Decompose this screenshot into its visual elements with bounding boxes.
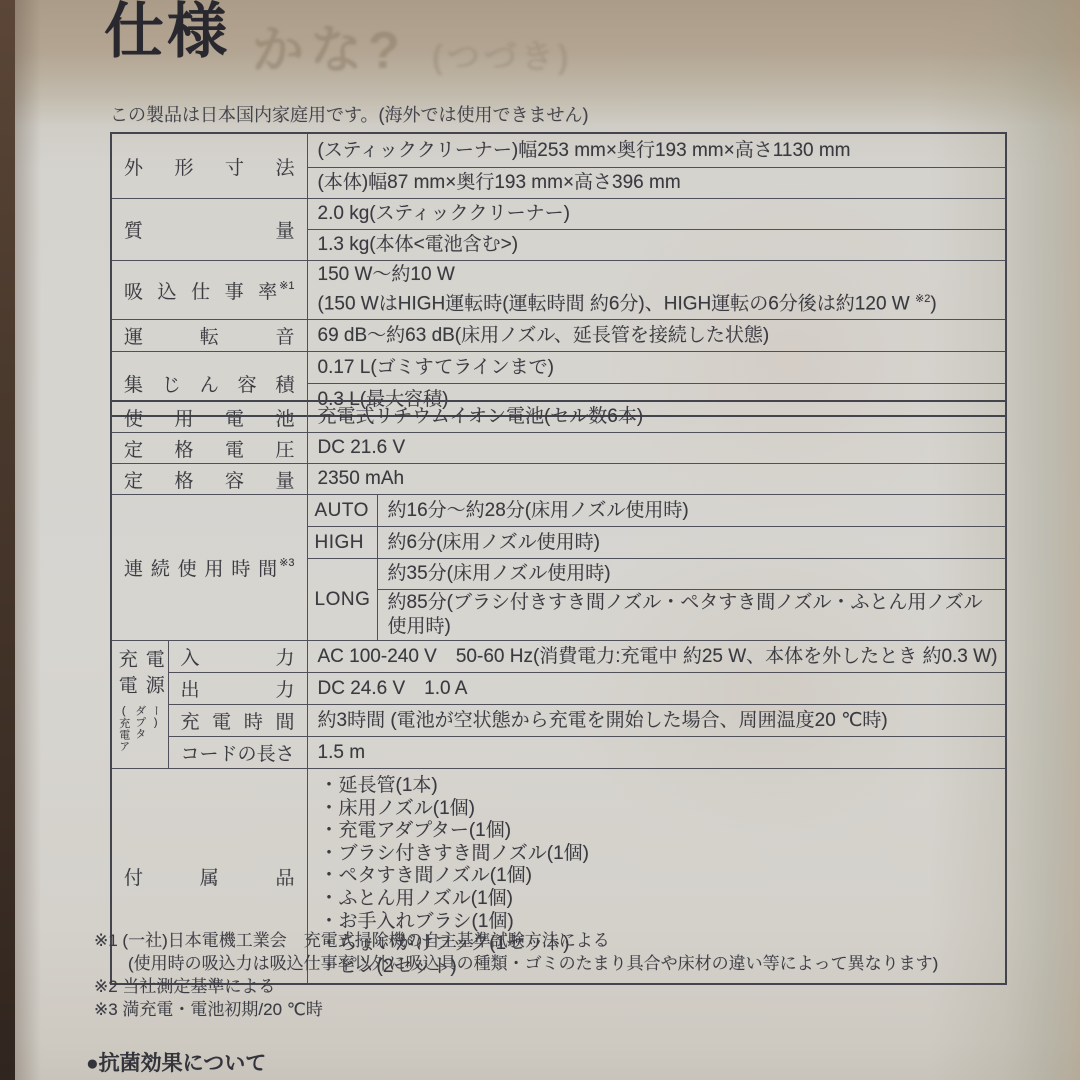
charging-group-label: 充電電源 xyxy=(113,649,167,704)
spec-row-noise: 運転音 69 dB〜約63 dB(床用ノズル、延長管を接続した状態) xyxy=(111,320,1006,352)
spec-value-mass-body: 1.3 kg(本体<電池含む>) xyxy=(307,230,1006,261)
list-item: 床用ノズル(1個) xyxy=(324,798,1002,821)
spec-row-mass: 質量 2.0 kg(スティッククリーナー) xyxy=(111,199,1006,230)
spec-label-input: 入力 xyxy=(168,641,307,673)
spec-label-runtime: 連続使用時間 ※3 xyxy=(111,495,307,641)
spec-label-voltage: 定格電圧 xyxy=(111,433,307,464)
spec-label-capacity: 定格容量 xyxy=(111,464,307,495)
spec-value-capacity: 2350 mAh xyxy=(307,464,1006,495)
footnote-1b: (使用時の吸込力は吸込仕事率以外に吸込具の種類・ゴミのたまり具合や床材の違い等に… xyxy=(94,952,938,975)
spec-row-suction: 吸込仕事率 ※1 150 W〜約10 W (150 WはHIGH運転時(運転時間… xyxy=(111,261,1006,320)
runtime-mode-long: LONG xyxy=(307,559,377,641)
spec-value-cord-length: 1.5 m xyxy=(307,737,1006,769)
spec-value-mass-stick: 2.0 kg(スティッククリーナー) xyxy=(307,199,1006,230)
ghost-text: かな? xyxy=(252,8,406,83)
spec-value-dimensions-stick: (スティッククリーナー)幅253 mm×奥行193 mm×高さ1130 mm xyxy=(307,133,1006,168)
spec-table-lower: 使用電池 充電式リチウムイオン電池(セル数6本) 定格電圧 DC 21.6 V … xyxy=(110,400,1007,985)
spec-row-dust: 集じん容積 0.17 L(ゴミすてラインまで) xyxy=(111,352,1006,384)
spec-row-cord-length: コードの長さ 1.5 m xyxy=(111,737,1006,769)
spec-value-charge-time: 約3時間 (電池が空状態から充電を開始した場合、周囲温度20 ℃時) xyxy=(307,705,1006,737)
footnote-marker: ※1 xyxy=(279,279,294,292)
spec-label-charge-time: 充電時間 xyxy=(168,705,307,737)
spec-label-output: 出力 xyxy=(168,673,307,705)
list-item: 充電アダプター(1個) xyxy=(324,820,1002,843)
spec-row-battery: 使用電池 充電式リチウムイオン電池(セル数6本) xyxy=(111,401,1006,433)
page-edge-shadow xyxy=(0,0,15,1080)
section-heading-antibacterial: ●抗菌効果について xyxy=(86,1047,266,1077)
list-item: ペタすき間ノズル(1個) xyxy=(324,865,1002,888)
intro-note: この製品は日本国内家庭用です。(海外では使用できません) xyxy=(110,101,589,127)
page-title: 仕様 xyxy=(104,0,230,63)
manual-page-photo: 仕様 かな? (つづき) この製品は日本国内家庭用です。(海外では使用できません… xyxy=(0,0,1080,1080)
bleed-through-text: かな? (つづき) xyxy=(252,8,573,83)
spec-row-charging-input: 充電電源 (充電アダプター) 入力 AC 100-240 V 50-60 Hz(… xyxy=(111,641,1006,673)
spec-value-battery: 充電式リチウムイオン電池(セル数6本) xyxy=(307,401,1006,433)
spec-value-runtime-long1: 約35分(床用ノズル使用時) xyxy=(377,559,1006,590)
page-edge-shadow-soft xyxy=(15,0,41,1080)
spec-row-dimensions: 外形寸法 (スティッククリーナー)幅253 mm×奥行193 mm×高さ1130… xyxy=(111,133,1006,168)
spec-value-runtime-auto: 約16分〜約28分(床用ノズル使用時) xyxy=(377,495,1006,527)
list-item: ふとん用ノズル(1個) xyxy=(324,888,1002,911)
spec-label-mass: 質量 xyxy=(111,199,307,261)
spec-label-cord-length: コードの長さ xyxy=(168,737,307,769)
footnote-marker: ※3 xyxy=(279,556,294,569)
spec-label-charging-group: 充電電源 (充電アダプター) xyxy=(111,641,168,769)
footnote-2: ※2 当社測定基準による xyxy=(94,975,938,998)
spec-value-input: AC 100-240 V 50-60 Hz(消費電力:充電中 約25 W、本体を… xyxy=(307,641,1006,673)
spec-value-dust-line: 0.17 L(ゴミすてラインまで) xyxy=(307,352,1006,384)
spec-value-suction: 150 W〜約10 W (150 WはHIGH運転時(運転時間 約6分)、HIG… xyxy=(307,261,1006,320)
spec-row-capacity: 定格容量 2350 mAh xyxy=(111,464,1006,495)
spec-label-noise: 運転音 xyxy=(111,320,307,352)
spec-value-voltage: DC 21.6 V xyxy=(307,433,1006,464)
list-item: ブラシ付きすき間ノズル(1個) xyxy=(324,843,1002,866)
spec-value-dimensions-body: (本体)幅87 mm×奥行193 mm×高さ396 mm xyxy=(307,168,1006,199)
spec-row-runtime-auto: 連続使用時間 ※3 AUTO 約16分〜約28分(床用ノズル使用時) xyxy=(111,495,1006,527)
spec-label-suction: 吸込仕事率 ※1 xyxy=(111,261,307,320)
spec-value-runtime-long2: 約85分(ブラシ付きすき間ノズル・ペタすき間ノズル・ふとん用ノズル使用時) xyxy=(377,590,1006,641)
footnote-1: ※1 (一社)日本電機工業会 充電式掃除機の自主基準試験方法による xyxy=(94,929,938,952)
runtime-mode-high: HIGH xyxy=(307,527,377,559)
spec-row-charging-output: 出力 DC 24.6 V 1.0 A xyxy=(111,673,1006,705)
spec-value-runtime-high: 約6分(床用ノズル使用時) xyxy=(377,527,1006,559)
list-item: 延長管(1本) xyxy=(324,775,1002,798)
spec-row-charging-time: 充電時間 約3時間 (電池が空状態から充電を開始した場合、周囲温度20 ℃時) xyxy=(111,705,1006,737)
spec-row-voltage: 定格電圧 DC 21.6 V xyxy=(111,433,1006,464)
spec-value-output: DC 24.6 V 1.0 A xyxy=(307,673,1006,705)
runtime-mode-auto: AUTO xyxy=(307,495,377,527)
footnotes: ※1 (一社)日本電機工業会 充電式掃除機の自主基準試験方法による (使用時の吸… xyxy=(94,929,938,1021)
footnote-marker: ※2 xyxy=(915,293,930,305)
spec-label-battery: 使用電池 xyxy=(111,401,307,433)
spec-value-noise: 69 dB〜約63 dB(床用ノズル、延長管を接続した状態) xyxy=(307,320,1006,352)
footnote-3: ※3 満充電・電池初期/20 ℃時 xyxy=(94,998,938,1021)
spec-table-upper: 外形寸法 (スティッククリーナー)幅253 mm×奥行193 mm×高さ1130… xyxy=(110,132,1007,417)
ghost-text-suffix: (つづき) xyxy=(432,31,573,78)
spec-label-dimensions: 外形寸法 xyxy=(111,133,307,199)
charging-group-sublabel: (充電アダプター) xyxy=(116,705,164,761)
